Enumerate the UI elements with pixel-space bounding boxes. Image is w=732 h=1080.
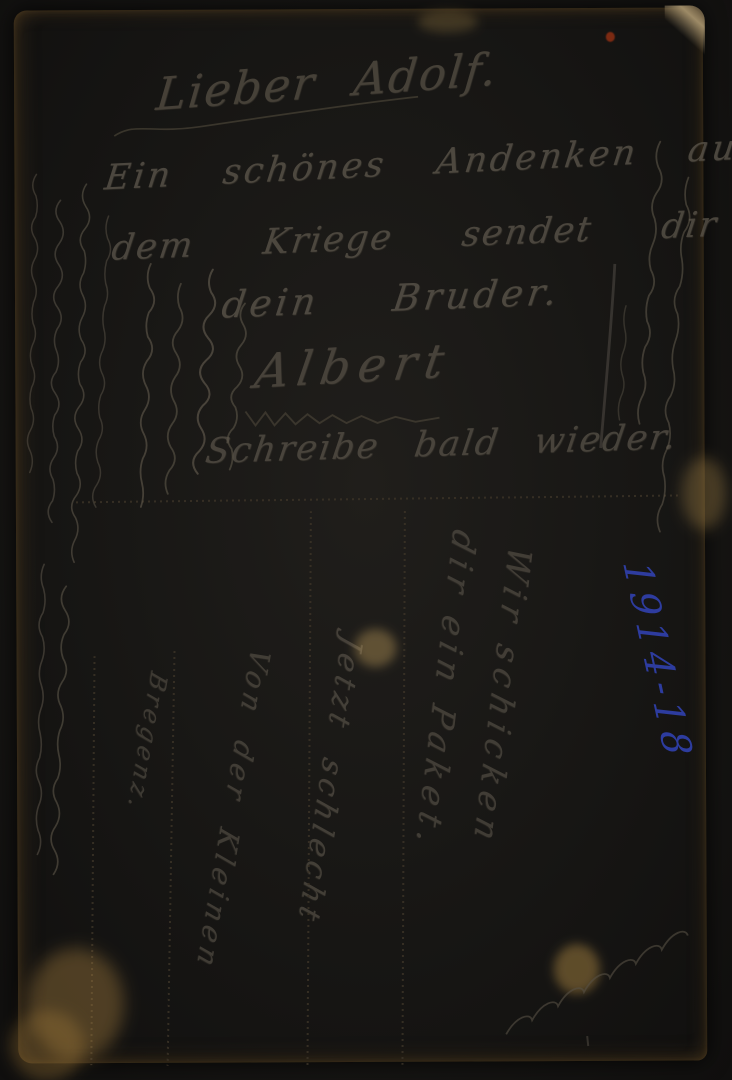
stain bbox=[354, 629, 396, 667]
illegible-left-lower-scribble bbox=[50, 586, 70, 874]
postcard-back: Lieber Adolf. Ein schönes Andenken aus d… bbox=[14, 8, 708, 1064]
stain bbox=[554, 944, 600, 994]
ink-speck bbox=[606, 32, 615, 42]
small-dash bbox=[587, 1036, 588, 1046]
postscript-text: Schreibe bald wieder. bbox=[203, 417, 681, 472]
illegible-right-edge-scribble bbox=[618, 306, 627, 420]
message-line-1: Ein schönes Andenken aus bbox=[102, 127, 732, 199]
illegible-left-lower-scribble bbox=[35, 564, 46, 854]
illegible-left-edge-scribble bbox=[91, 216, 111, 507]
bent-corner bbox=[665, 5, 705, 55]
photo-backdrop: Lieber Adolf. Ein schönes Andenken aus d… bbox=[0, 0, 732, 1080]
illegible-right-edge-scribble bbox=[637, 142, 663, 424]
year-annotation: 1914-18 bbox=[613, 560, 702, 763]
illegible-mid-left-scribble bbox=[165, 284, 184, 494]
corner-flourish bbox=[506, 932, 688, 1035]
signature-text: Albert bbox=[251, 333, 455, 400]
side-note-bregenz: Bregenz. bbox=[122, 668, 173, 816]
message-line-2: dem Kriege sendet dir bbox=[109, 205, 720, 269]
dotted-divider-horizontal bbox=[76, 495, 678, 504]
stain bbox=[682, 457, 726, 529]
signature-flourish bbox=[245, 411, 439, 426]
greeting-text: Lieber Adolf. bbox=[154, 42, 501, 121]
illegible-mid-left-scribble bbox=[140, 264, 156, 507]
illegible-left-edge-scribble bbox=[47, 200, 65, 522]
side-note-packet: Wir schicken dir ein Paket. bbox=[399, 523, 548, 876]
message-line-3: dein Bruder. bbox=[219, 270, 563, 327]
illegible-left-edge-scribble bbox=[26, 174, 38, 472]
stain bbox=[10, 1010, 84, 1080]
side-note-jetzt: Jetzt schlecht bbox=[291, 632, 369, 930]
stain bbox=[418, 10, 478, 32]
illegible-left-edge-scribble bbox=[70, 184, 91, 562]
dotted-divider-vertical-2 bbox=[167, 651, 176, 1066]
side-note-kleinen: Von der Kleinen bbox=[190, 644, 277, 976]
